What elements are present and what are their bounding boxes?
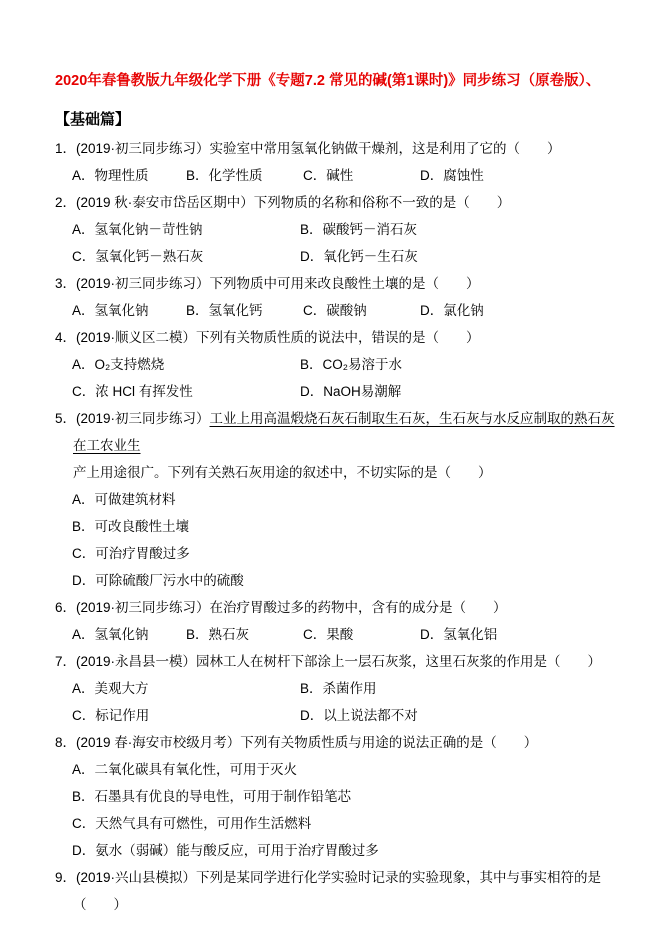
options-row: A．氢氧化钠 B．熟石灰 C．果酸 D．氢氧化铝 [55, 621, 623, 648]
option-b: B．石墨具有优良的导电性，可用于制作铅笔芯 [72, 783, 623, 810]
question-1: 1．(2019·初三同步练习）实验室中常用氢氧化钠做干燥剂，这是利用了它的（ ）… [55, 135, 623, 189]
question-stem: 2．(2019 秋·泰安市岱岳区期中）下列物质的名称和俗称不一致的是（ ） [55, 189, 623, 216]
option-b: B．杀菌作用 [300, 675, 623, 702]
option-c: C．可治疗胃酸过多 [72, 540, 623, 567]
question-number: 3． [55, 276, 76, 291]
options-list: A．二氧化碳具有氧化性，可用于灭火 B．石墨具有优良的导电性，可用于制作铅笔芯 … [55, 756, 623, 864]
question-text: (2019·初三同步练习） [76, 411, 210, 426]
option-c: C．氢氧化钙－熟石灰 [72, 243, 300, 270]
question-text: (2019·顺义区二模）下列有关物质性质的说法中，错误的是（ ） [76, 330, 480, 345]
option-c: C．碱性 [303, 162, 420, 189]
question-text: (2019·初三同步练习）实验室中常用氢氧化钠做干燥剂，这是利用了它的（ ） [76, 141, 561, 156]
question-text: (2019·兴山县模拟）下列是某同学进行化学实验时记录的实验现象，其中与事实相符… [73, 870, 601, 912]
option-b: B．碳酸钙－消石灰 [300, 216, 623, 243]
option-d: D．氧化钙－生石灰 [300, 243, 623, 270]
option-c: C．果酸 [303, 621, 420, 648]
question-2: 2．(2019 秋·泰安市岱岳区期中）下列物质的名称和俗称不一致的是（ ） A．… [55, 189, 623, 270]
question-text: (2019·永昌县一模）园林工人在树杆下部涂上一层石灰浆，这里石灰浆的作用是（ … [76, 654, 601, 669]
question-number: 4． [55, 330, 76, 345]
option-b: B．CO₂易溶于水 [300, 351, 623, 378]
question-number: 5． [55, 411, 76, 426]
option-a: A．物理性质 [72, 162, 186, 189]
option-d: D．腐蚀性 [420, 162, 623, 189]
question-text: (2019 春·海安市校级月考）下列有关物质性质与用途的说法正确的是（ ） [76, 735, 537, 750]
question-number: 8． [55, 735, 76, 750]
option-a: A．二氧化碳具有氧化性，可用于灭火 [72, 756, 623, 783]
question-number: 2． [55, 195, 76, 210]
options-row: A．氢氧化钠 B．氢氧化钙 C．碳酸钠 D．氯化钠 [55, 297, 623, 324]
option-d: D．氯化钠 [420, 297, 623, 324]
question-stem: 3．(2019·初三同步练习）下列物质中可用来改良酸性土壤的是（ ） [55, 270, 623, 297]
option-b: B．氢氧化钙 [186, 297, 303, 324]
question-8: 8．(2019 春·海安市校级月考）下列有关物质性质与用途的说法正确的是（ ） … [55, 729, 623, 864]
question-stem: 7．(2019·永昌县一模）园林工人在树杆下部涂上一层石灰浆，这里石灰浆的作用是… [55, 648, 623, 675]
question-text: (2019·初三同步练习）下列物质中可用来改良酸性土壤的是（ ） [76, 276, 480, 291]
option-a: A．氢氧化钠 [72, 297, 186, 324]
question-7: 7．(2019·永昌县一模）园林工人在树杆下部涂上一层石灰浆，这里石灰浆的作用是… [55, 648, 623, 729]
question-6: 6．(2019·初三同步练习）在治疗胃酸过多的药物中，含有的成分是（ ） A．氢… [55, 594, 623, 648]
option-b: B．熟石灰 [186, 621, 303, 648]
question-stem: 4．(2019·顺义区二模）下列有关物质性质的说法中，错误的是（ ） [55, 324, 623, 351]
doc-title: 2020年春鲁教版九年级化学下册《专题7.2 常见的碱(第1课时)》同步练习（原… [55, 72, 623, 91]
option-a: A．可做建筑材料 [72, 486, 623, 513]
question-4: 4．(2019·顺义区二模）下列有关物质性质的说法中，错误的是（ ） A．O₂支… [55, 324, 623, 405]
option-d: D．氨水（弱碱）能与酸反应，可用于治疗胃酸过多 [72, 837, 623, 864]
options-list: A．可做建筑材料 B．可改良酸性土壤 C．可治疗胃酸过多 D．可除硫酸厂污水中的… [55, 486, 623, 594]
option-b: B．可改良酸性土壤 [72, 513, 623, 540]
question-text: (2019 秋·泰安市岱岳区期中）下列物质的名称和俗称不一致的是（ ） [76, 195, 510, 210]
question-number: 9． [55, 870, 76, 885]
option-c: C．天然气具有可燃性，可用作生活燃料 [72, 810, 623, 837]
options-grid: A．美观大方 B．杀菌作用 C．标记作用 D．以上说法都不对 [55, 675, 623, 729]
question-9: 9．(2019·兴山县模拟）下列是某同学进行化学实验时记录的实验现象，其中与事实… [55, 864, 623, 918]
options-row: A．物理性质 B．化学性质 C．碱性 D．腐蚀性 [55, 162, 623, 189]
options-grid: A．氢氧化钠－苛性钠 B．碳酸钙－消石灰 C．氢氧化钙－熟石灰 D．氧化钙－生石… [55, 216, 623, 270]
question-number: 6． [55, 600, 76, 615]
option-d: D．氢氧化铝 [420, 621, 623, 648]
option-d: D．以上说法都不对 [300, 702, 623, 729]
question-stem: 5．(2019·初三同步练习）工业上用高温煅烧石灰石制取生石灰，生石灰与水反应制… [55, 405, 623, 486]
question-number: 1． [55, 141, 76, 156]
option-a: A．O₂支持燃烧 [72, 351, 300, 378]
section-heading: 【基础篇】 [55, 106, 623, 133]
question-number: 7． [55, 654, 76, 669]
question-stem: 6．(2019·初三同步练习）在治疗胃酸过多的药物中，含有的成分是（ ） [55, 594, 623, 621]
option-a: A．氢氧化钠－苛性钠 [72, 216, 300, 243]
question-text-continued: 产上用途很广。下列有关熟石灰用途的叙述中，不切实际的是（ ） [73, 465, 492, 480]
option-c: C．标记作用 [72, 702, 300, 729]
question-stem: 9．(2019·兴山县模拟）下列是某同学进行化学实验时记录的实验现象，其中与事实… [55, 864, 623, 918]
option-b: B．化学性质 [186, 162, 303, 189]
option-a: A．氢氧化钠 [72, 621, 186, 648]
option-c: C．碳酸钠 [303, 297, 420, 324]
option-c: C．浓 HCl 有挥发性 [72, 378, 300, 405]
question-3: 3．(2019·初三同步练习）下列物质中可用来改良酸性土壤的是（ ） A．氢氧化… [55, 270, 623, 324]
option-d: D．可除硫酸厂污水中的硫酸 [72, 567, 623, 594]
option-a: A．美观大方 [72, 675, 300, 702]
question-stem: 1．(2019·初三同步练习）实验室中常用氢氧化钠做干燥剂，这是利用了它的（ ） [55, 135, 623, 162]
question-stem: 8．(2019 春·海安市校级月考）下列有关物质性质与用途的说法正确的是（ ） [55, 729, 623, 756]
worksheet-page: 2020年春鲁教版九年级化学下册《专题7.2 常见的碱(第1课时)》同步练习（原… [0, 0, 661, 918]
question-5: 5．(2019·初三同步练习）工业上用高温煅烧石灰石制取生石灰，生石灰与水反应制… [55, 405, 623, 594]
question-text: (2019·初三同步练习）在治疗胃酸过多的药物中，含有的成分是（ ） [76, 600, 507, 615]
option-d: D．NaOH易潮解 [300, 378, 623, 405]
options-grid: A．O₂支持燃烧 B．CO₂易溶于水 C．浓 HCl 有挥发性 D．NaOH易潮… [55, 351, 623, 405]
